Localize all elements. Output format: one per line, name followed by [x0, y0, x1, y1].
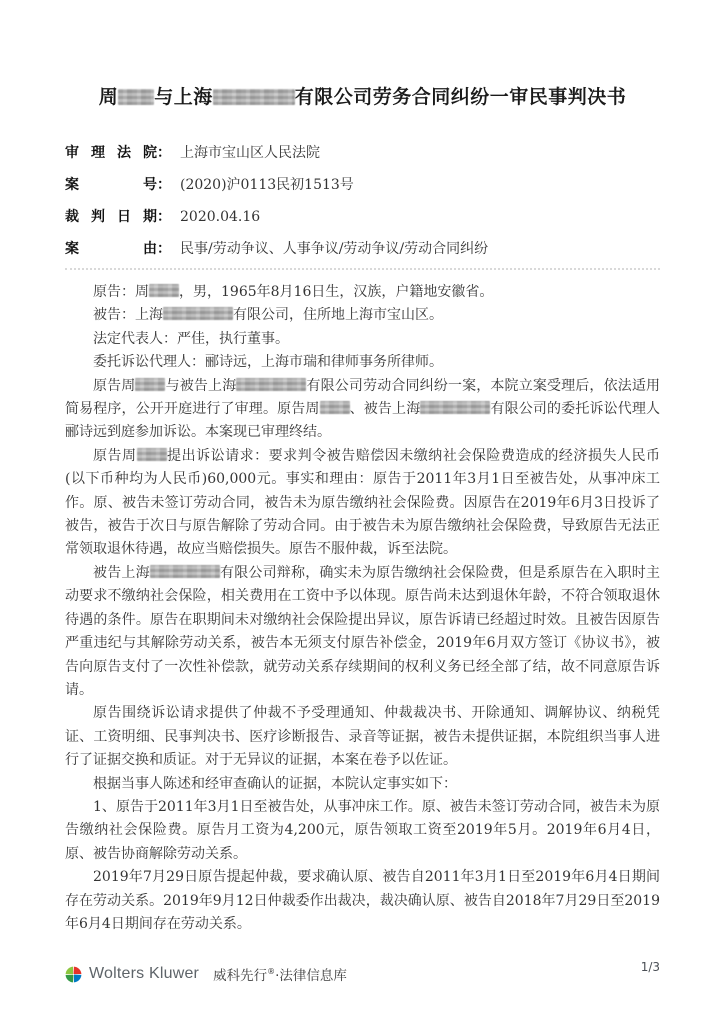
- paragraph: 1、原告于2011年3月1日至被告处，从事冲床工作。原、被告未签订劳动合同，被告…: [65, 796, 660, 866]
- meta-row: 审理法院：上海市宝山区人民法院: [65, 137, 660, 169]
- paragraph: 原告周与被告上海有限公司劳动合同纠纷一案，本院立案受理后，依法适用简易程序，公开…: [65, 375, 660, 445]
- footer-product: 威科先行®·法律信息库: [213, 964, 347, 984]
- document-page: 周与上海有限公司劳务合同纠纷一审民事判决书 审理法院：上海市宝山区人民法院案号：…: [0, 0, 724, 1024]
- meta-colon: ：: [157, 209, 171, 225]
- meta-colon: ：: [157, 145, 171, 161]
- redacted-text: [420, 401, 490, 414]
- redacted-text: [236, 378, 306, 391]
- paragraph: 2019年7月29日原告提起仲裁，要求确认原、被告自2011年3月1日至2019…: [65, 866, 660, 936]
- redacted-text: [135, 378, 165, 391]
- redacted-text: [163, 307, 233, 320]
- meta-value: 2020.04.16: [180, 209, 260, 225]
- redacted-text: [320, 401, 350, 414]
- meta-label: 审理法院: [65, 137, 157, 169]
- meta-colon: ：: [157, 241, 171, 257]
- page-title: 周与上海有限公司劳务合同纠纷一审民事判决书: [65, 0, 660, 111]
- redacted-text: [118, 89, 154, 105]
- meta-colon: ：: [157, 177, 171, 193]
- dotted-separator: [65, 268, 660, 270]
- footer: Wolters Kluwer 威科先行®·法律信息库 1/3: [65, 960, 660, 988]
- meta-label: 裁判日期: [65, 201, 157, 233]
- paragraph: 原告周提出诉讼请求：要求判令被告赔偿因未缴纳社会保险费造成的经济损失人民币(以下…: [65, 445, 660, 562]
- page-number: 1/3: [641, 960, 660, 974]
- meta-value: 上海市宝山区人民法院: [180, 145, 320, 161]
- paragraph: 原告围绕诉讼请求提供了仲裁不予受理通知、仲裁裁决书、开除通知、调解协议、纳税凭证…: [65, 702, 660, 772]
- meta-value: 民事/劳动争议、人事争议/劳动争议/劳动合同纠纷: [180, 241, 488, 257]
- registered-mark: ®: [267, 967, 275, 976]
- redacted-text: [137, 448, 167, 461]
- meta-label: 案由: [65, 233, 157, 265]
- wolters-kluwer-logo: [65, 966, 82, 983]
- footer-brand: Wolters Kluwer: [89, 965, 199, 983]
- meta-row: 案号：(2020)沪0113民初1513号: [65, 169, 660, 201]
- paragraph: 法定代表人：严佳，执行董事。: [65, 328, 660, 351]
- meta-row: 裁判日期：2020.04.16: [65, 201, 660, 233]
- redacted-text: [213, 89, 295, 105]
- paragraph: 被告：上海有限公司，住所地上海市宝山区。: [65, 304, 660, 327]
- paragraph: 委托诉讼代理人：郦诗远，上海市瑞和律师事务所律师。: [65, 351, 660, 374]
- meta-label: 案号: [65, 169, 157, 201]
- paragraph: 原告：周，男，1965年8月16日生，汉族，户籍地安徽省。: [65, 281, 660, 304]
- paragraph: 根据当事人陈述和经审查确认的证据，本院认定事实如下：: [65, 773, 660, 796]
- meta-value: (2020)沪0113民初1513号: [180, 177, 354, 193]
- redacted-text: [149, 284, 179, 297]
- document-body: 原告：周，男，1965年8月16日生，汉族，户籍地安徽省。被告：上海有限公司，住…: [65, 281, 660, 936]
- paragraph: 被告上海有限公司辩称，确实未为原告缴纳社会保险费，但是系原告在入职时主动要求不缴…: [65, 562, 660, 702]
- redacted-text: [150, 565, 220, 578]
- meta-section: 审理法院：上海市宝山区人民法院案号：(2020)沪0113民初1513号裁判日期…: [65, 137, 660, 265]
- meta-row: 案由：民事/劳动争议、人事争议/劳动争议/劳动合同纠纷: [65, 233, 660, 265]
